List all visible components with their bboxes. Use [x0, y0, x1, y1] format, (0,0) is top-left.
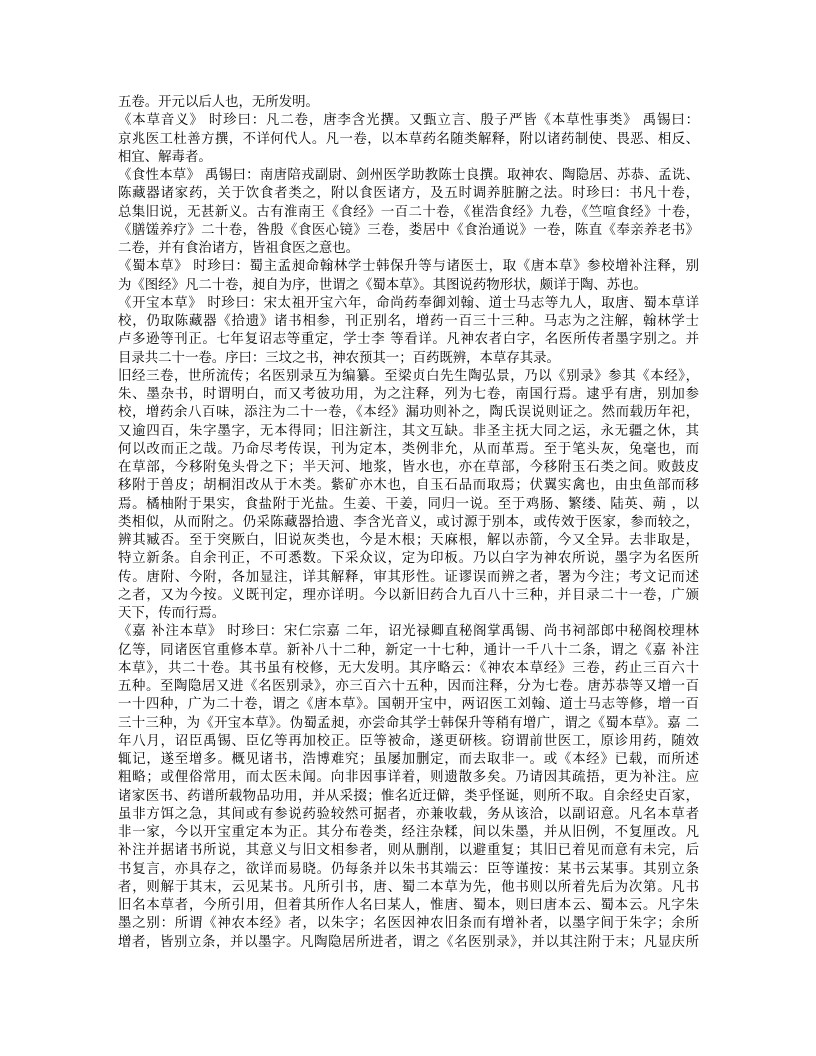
text-line: 校，仍取陈藏器《拾遗》诸书相参，刊正别名，增药一百三十三种。马志为之注解，翰林学…: [118, 313, 699, 331]
text-line: 目录共二十一卷。序曰：三坟之书，神农预其一；百药既辨，本草存其录。: [118, 350, 699, 368]
text-line: 五卷。开元以后人也，无所发明。: [118, 94, 699, 112]
text-line: 粗略；或俚俗常用，而太医未闻。向非因事详着，则遗散多矣。乃请因其疏捂，更为补注。…: [118, 769, 699, 787]
text-line: 书复言，亦具存之，欲详而易晓。仍每条并以朱书其端云：臣等谨按：某书云某事。其别立…: [118, 861, 699, 879]
text-line: 为《图经》凡二十卷，昶自为序，世谓之《蜀本草》。其图说药物形状，颇详于陶、苏也。: [118, 277, 699, 295]
text-line: 总集旧说，无甚新义。古有淮南王《食经》一百二十卷，《崔浩食经》九卷，《竺喧食经》…: [118, 204, 699, 222]
text-line: 虽非方饵之急，其间或有参说药验较然可据者，亦兼收载，务从该洽，以副诏意。凡名本草…: [118, 806, 699, 824]
text-line: 辄记，遂至增多。概见诸书，浩博难究；虽屡加删定，而去取非一。或《本经》已载，而所…: [118, 751, 699, 769]
text-line: 补注并据诸书所说，其意义与旧文相参者，则从删削，以避重复；其旧已着见而意有未完，…: [118, 842, 699, 860]
text-line: 陈藏器诸家药，关于饮食者类之，附以食医诸方，及五时调养脏腑之法。时珍曰：书凡十卷…: [118, 185, 699, 203]
text-line: 亿等，同诸医官重修本草。新补八十二种，新定一十七种，通计一千八十二条，谓之《嘉 …: [118, 642, 699, 660]
text-line: 京兆医工杜善方撰，不详何代人。凡一卷，以本草药名随类解释，附以诸药制使、畏恶、相…: [118, 131, 699, 149]
text-line: 年八月，诏臣禹锡、臣亿等再加校正。臣等被命，遂更研核。窃谓前世医工，原诊用药，随…: [118, 733, 699, 751]
text-line: 焉。橘柚附于果实，食盐附于光盐。生姜、干姜，同归一说。至于鸡肠、繁缕、陆英、蒴 …: [118, 496, 699, 514]
text-line: 本草》，共二十卷。其书虽有校修，无大发明。其序略云：《神农本草经》三卷，药止三百…: [118, 660, 699, 678]
text-line: 又逾四百，朱字墨字，无本得同；旧注新注，其文互缺。非圣主抚大同之运，永无疆之休，…: [118, 423, 699, 441]
text-line: 《开宝本草》 时珍曰：宋太祖开宝六年，命尚药奉御刘翰、道士马志等九人，取唐、蜀本…: [118, 295, 699, 313]
text-line: 《膳馐养疗》二十卷，昝殷《食医心镜》三卷，娄居中《食治通说》一卷，陈直《奉亲养老…: [118, 222, 699, 240]
text-line: 非一家，今以开宝重定本为正。其分布卷类，经注杂糅，间以朱墨，并从旧例，不复厘改。…: [118, 824, 699, 842]
text-line: 在草部，今移附兔头骨之下；半天河、地浆，皆水也，亦在草部，今移附玉石类之间。败鼓…: [118, 459, 699, 477]
text-line: 一十四种，广为二十卷，谓之《唐本草》。国朝开宝中，两诏医工刘翰、道士马志等修，增…: [118, 696, 699, 714]
text-line: 《嘉 补注本草》 时珍曰：宋仁宗嘉 二年，诏光禄卿直秘阁掌禹锡、尚书祠部郎中秘阁…: [118, 623, 699, 641]
text-line: 特立新条。自余刊正，不可悉数。下采众议，定为印板。乃以白字为神农所说，墨字为名医…: [118, 550, 699, 568]
text-line: 三十三种，为《开宝本草》。伪蜀孟昶，亦尝命其学士韩保升等稍有增广，谓之《蜀本草》…: [118, 715, 699, 733]
text-line: 相宜、解毒者。: [118, 149, 699, 167]
text-line: 者，则解于其末，云见某书。凡所引书，唐、蜀二本草为先，他书则以所着先后为次第。凡…: [118, 879, 699, 897]
text-line: 五种。至陶隐居又进《名医别录》，亦三百六十五种，因而注释，分为七卷。唐苏恭等又增…: [118, 678, 699, 696]
text-line: 增者，皆别立条，并以墨字。凡陶隐居所进者，谓之《名医别录》，并以其注附于末；凡显…: [118, 934, 699, 952]
document-page: 五卷。开元以后人也，无所发明。《本草音义》 时珍曰：凡二卷，唐李含光撰。又甄立言…: [0, 0, 816, 1056]
text-line: 辨其臧否。至于突厥白，旧说灰类也，今是木根；天麻根，解以赤箭，今又全异。去非取是…: [118, 532, 699, 550]
text-line: 天下，传而行焉。: [118, 605, 699, 623]
text-line: 卢多逊等刊正。七年复诏志等重定，学士李 等看详。凡神农者白字，名医所传者墨字别之…: [118, 331, 699, 349]
text-line: 何以改而正之哉。乃命尽考传误，刊为定本，类例非允，从而革焉。至于笔头灰，兔毫也，…: [118, 441, 699, 459]
text-line: 《食性本草》 禹锡曰：南唐陪戎副尉、剑州医学助教陈士良撰。取神农、陶隐居、苏恭、…: [118, 167, 699, 185]
text-line: 诸家医书、药谱所载物品功用，并从采掇；惟名近迂僻，类乎怪诞，则所不取。自余经史百…: [118, 788, 699, 806]
text-line: 《本草音义》 时珍曰：凡二卷，唐李含光撰。又甄立言、殷子严皆《本草性事类》 禹锡…: [118, 112, 699, 130]
text-line: 校，增药余八百味，添注为二十一卷，《本经》漏功则补之，陶氏误说则证之。然而载历年…: [118, 404, 699, 422]
text-body: 五卷。开元以后人也，无所发明。《本草音义》 时珍曰：凡二卷，唐李含光撰。又甄立言…: [118, 94, 699, 952]
text-line: 《蜀本草》 时珍曰：蜀主孟昶命翰林学士韩保升等与诸医士，取《唐本草》参校增补注释…: [118, 258, 699, 276]
text-line: 墨之别：所谓《神农本经》者，以朱字；名医因神农旧条而有增补者，以墨字间于朱字；余…: [118, 915, 699, 933]
text-line: 朱、墨杂书，时谓明白，而又考彼功用，为之注释，列为七卷，南国行焉。逮乎有唐，别加…: [118, 386, 699, 404]
text-line: 之者，又为今按。义既刊定，理亦详明。今以新旧药合九百八十三种，并目录二十一卷，广…: [118, 587, 699, 605]
text-line: 旧经三卷，世所流传；名医别录互为编纂。至梁贞白先生陶弘景，乃以《别录》参其《本经…: [118, 368, 699, 386]
text-line: 移附于兽皮；胡桐泪改从于木类。紫矿亦木也，自玉石品而取焉；伏翼实禽也，由虫鱼部而…: [118, 477, 699, 495]
text-line: 类相似，从而附之。仍采陈藏器拾遗、李含光音义，或讨源于别本，或传效于医家，参而较…: [118, 514, 699, 532]
text-line: 传。唐附、今附，各加显注，详其解释，审其形性。证谬误而辨之者，署为今注；考文记而…: [118, 569, 699, 587]
text-line: 二卷，并有食治诸方，皆祖食医之意也。: [118, 240, 699, 258]
text-line: 旧名本草者，今所引用，但着其所作人名曰某人，惟唐、蜀本，则曰唐本云、蜀本云。凡字…: [118, 897, 699, 915]
